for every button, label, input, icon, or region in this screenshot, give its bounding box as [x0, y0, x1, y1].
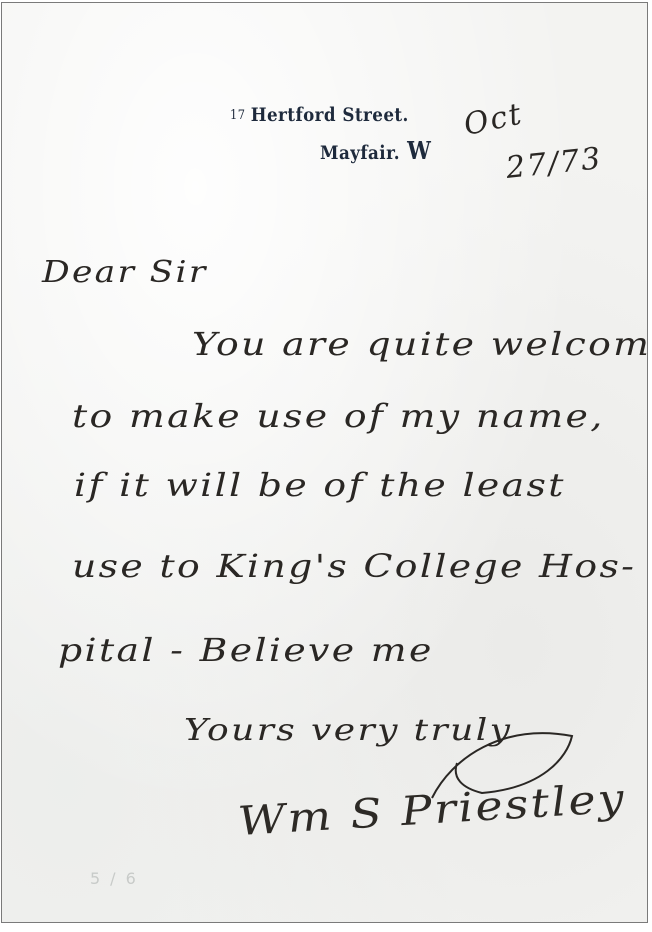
pencil-annotation: 5/6 — [90, 869, 146, 888]
letterhead-postal-mark: W — [407, 136, 431, 165]
body-line: You are quite welcome — [192, 325, 652, 363]
date-month: Oct — [461, 96, 526, 143]
date-day-year: 27/73 — [504, 141, 604, 186]
letterhead-district-line: Mayfair.W — [320, 136, 431, 165]
letterhead-address-line: 17Hertford Street. — [230, 104, 409, 126]
body-line: pital - Believe me — [58, 631, 434, 669]
letter-sheet: 17Hertford Street. Mayfair.W Oct 27/73 D… — [1, 2, 648, 923]
salutation: Dear Sir — [42, 255, 208, 290]
body-line: if it will be of the least — [74, 466, 566, 504]
signature: Wm S Priestley — [236, 776, 627, 845]
closing: Yours very truly — [184, 713, 512, 748]
letterhead-number: 17 — [230, 108, 245, 123]
letterhead-street: Hertford Street. — [251, 104, 409, 126]
body-line: use to King's College Hos- — [72, 547, 636, 585]
letterhead-district: Mayfair. — [320, 142, 400, 164]
body-line: to make use of my name, — [72, 397, 605, 435]
